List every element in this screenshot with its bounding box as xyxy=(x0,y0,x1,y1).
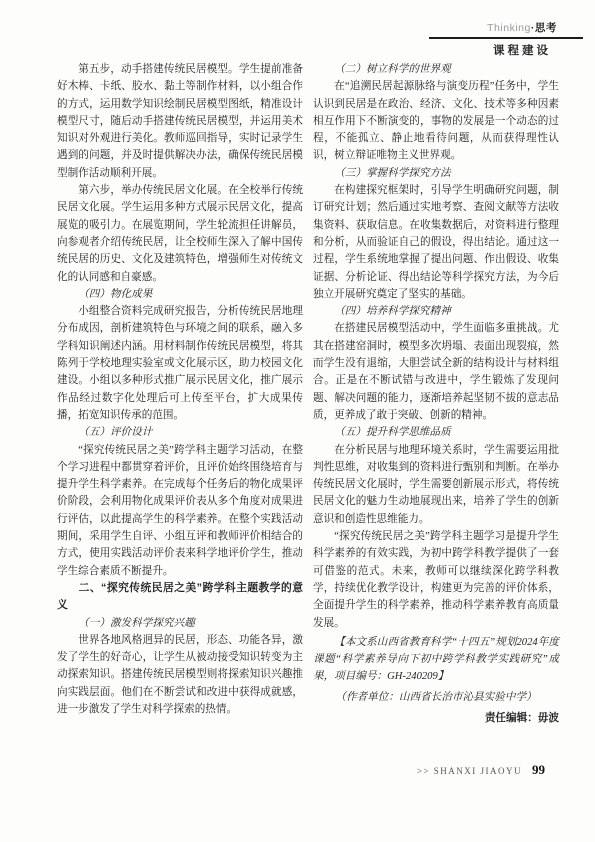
subheading-outcomes: （四）物化成果 xyxy=(57,286,303,303)
subheading-interest: （一）激发科学探究兴趣 xyxy=(57,615,303,632)
subheading-worldview: （二）树立科学的世界观 xyxy=(313,61,559,78)
journal-page: Thinking·思考 课程建设 第五步，动手搭建传统民居模型。学生提前准备好木… xyxy=(0,0,595,842)
paragraph-conclusion: “探究传统民居之美”跨学科主题学习是提升学生科学素养的有效实践，为初中跨学科教学… xyxy=(313,528,559,632)
paragraph-step6: 第六步，举办传统民居文化展。在全校举行传统民居文化展。学生运用多种方式展示民居文… xyxy=(57,182,303,286)
subheading-thinking: （五）提升科学思维品质 xyxy=(313,424,559,441)
article-body: 第五步，动手搭建传统民居模型。学生提前准备好木棒、卡纸、胶水、黏土等制作材料，以… xyxy=(57,61,559,727)
heading-significance: 二、“探究传统民居之美”跨学科主题教学的意义 xyxy=(57,580,303,615)
paragraph-evaluation: “探究传统民居之美”跨学科主题学习活动，在整个学习进程中都贯穿着评价，且评价始终… xyxy=(57,442,303,580)
paragraph-methods: 在构建探究框架时，引导学生明确研究问题，制订研究计划；然后通过实地考察、查阅文献… xyxy=(313,182,559,303)
paragraph-outcomes: 小组整合资料完成研究报告，分析传统民居地理分布成因，剖析建筑特色与环境之间的联系… xyxy=(57,303,303,424)
page-footer: >> SHANXI JIAOYU 99 xyxy=(417,762,545,778)
paragraph-thinking: 在分析民居与地理环境关系时，学生需要运用批判性思维，对收集到的资料进行甄别和判断… xyxy=(313,442,559,528)
author-affiliation: （作者单位：山西省长治市沁县实验中学） xyxy=(313,689,559,706)
subheading-evaluation: （五）评价设计 xyxy=(57,424,303,441)
responsible-editor: 责任编辑：毋波 xyxy=(313,710,559,727)
subheading-methods: （三）掌握科学探究方法 xyxy=(313,165,559,182)
page-header: Thinking·思考 课程建设 xyxy=(461,22,583,58)
paragraph-step5: 第五步，动手搭建传统民居模型。学生提前准备好木棒、卡纸、胶水、黏土等制作材料，以… xyxy=(57,61,303,182)
header-divider xyxy=(429,37,583,39)
right-column: （二）树立科学的世界观 在“追溯民居起源脉络与演变历程”任务中，学生认识到民居是… xyxy=(313,61,559,727)
section-name: 课程建设 xyxy=(461,42,583,58)
paragraph-spirit: 在搭建民居模型活动中，学生面临多重挑战。尤其在搭建窑洞时，模型多次坍塌、表面出现… xyxy=(313,320,559,424)
paragraph-worldview: 在“追溯民居起源脉络与演变历程”任务中，学生认识到民居是在政治、经济、文化、技术… xyxy=(313,78,559,164)
page-number: 99 xyxy=(532,762,545,778)
funding-note: 【本文系山西省教育科学“十四五”规划2024年度课题“科学素养导向下初中跨学科教… xyxy=(313,634,559,686)
column-title-cn: ·思考 xyxy=(531,22,557,34)
paragraph-interest: 世界各地风格迥异的民居，形态、功能各异，激发了学生的好奇心，让学生从被动接受知识… xyxy=(57,632,303,718)
column-title-en: Thinking xyxy=(487,22,531,34)
journal-mark: >> SHANXI JIAOYU xyxy=(417,766,522,776)
column-title: Thinking·思考 xyxy=(461,22,583,35)
left-column: 第五步，动手搭建传统民居模型。学生提前准备好木棒、卡纸、胶水、黏土等制作材料，以… xyxy=(57,61,303,727)
subheading-spirit: （四）培养科学探究精神 xyxy=(313,303,559,320)
